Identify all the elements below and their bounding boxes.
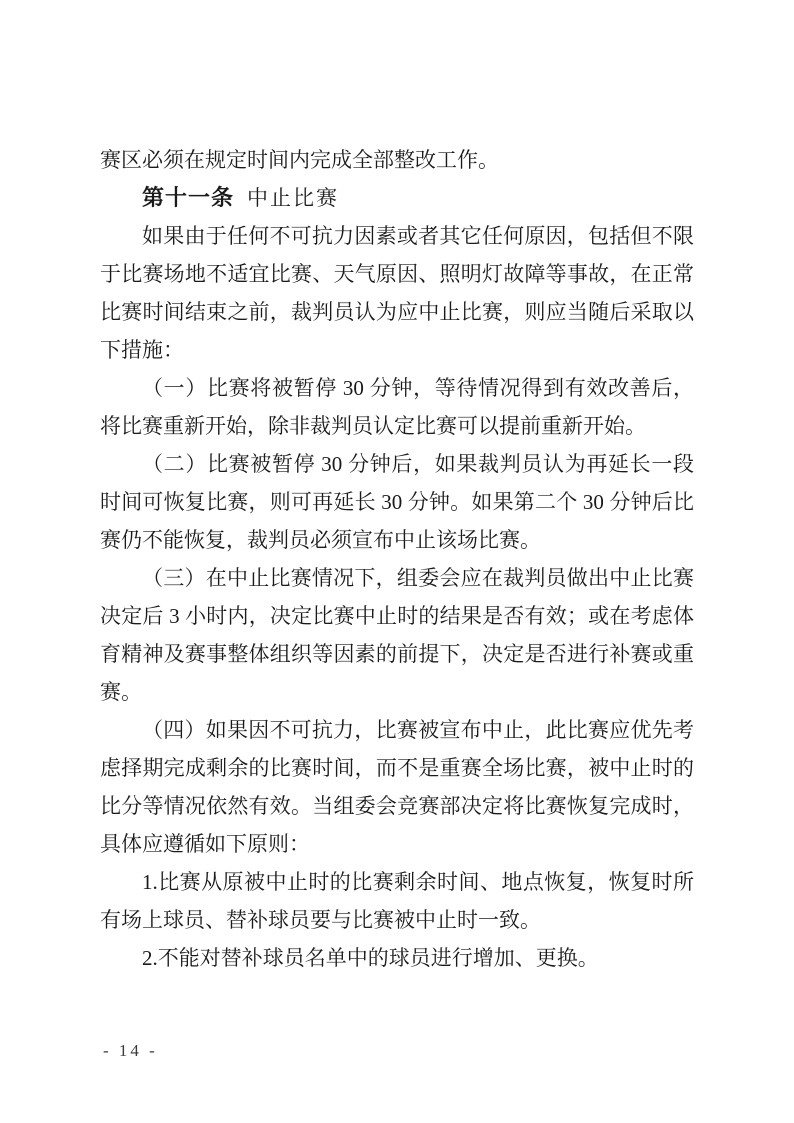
article-number: 第十一条 — [142, 185, 234, 210]
page-number: - 14 - — [103, 1041, 158, 1061]
paragraph-item-4: （四）如果因不可抗力，比赛被宣布中止，此比赛应优先考虑择期完成剩余的比赛时间，而… — [100, 711, 694, 863]
paragraph-item-1: （一）比赛将被暂停 30 分钟，等待情况得到有效改善后，将比赛重新开始，除非裁判… — [100, 369, 694, 445]
paragraph-subitem-2: 2.不能对替补球员名单中的球员进行增加、更换。 — [100, 939, 694, 977]
article-title: 中止比赛 — [247, 186, 339, 210]
paragraph-item-2: （二）比赛被暂停 30 分钟后，如果裁判员认为再延长一段时间可恢复比赛，则可再延… — [100, 445, 694, 559]
paragraph-item-3: （三）在中止比赛情况下，组委会应在裁判员做出中止比赛决定后 3 小时内，决定比赛… — [100, 559, 694, 711]
paragraph-subitem-1: 1.比赛从原被中止时的比赛剩余时间、地点恢复，恢复时所有场上球员、替补球员要与比… — [100, 863, 694, 939]
paragraph-intro: 如果由于任何不可抗力因素或者其它任何原因，包括但不限于比赛场地不适宜比赛、天气原… — [100, 217, 694, 369]
document-page: 赛区必须在规定时间内完成全部整改工作。 第十一条中止比赛 如果由于任何不可抗力因… — [0, 0, 794, 1123]
paragraph-continuation: 赛区必须在规定时间内完成全部整改工作。 — [100, 141, 694, 179]
article-heading: 第十一条中止比赛 — [100, 179, 694, 217]
document-body: 赛区必须在规定时间内完成全部整改工作。 第十一条中止比赛 如果由于任何不可抗力因… — [100, 141, 694, 977]
